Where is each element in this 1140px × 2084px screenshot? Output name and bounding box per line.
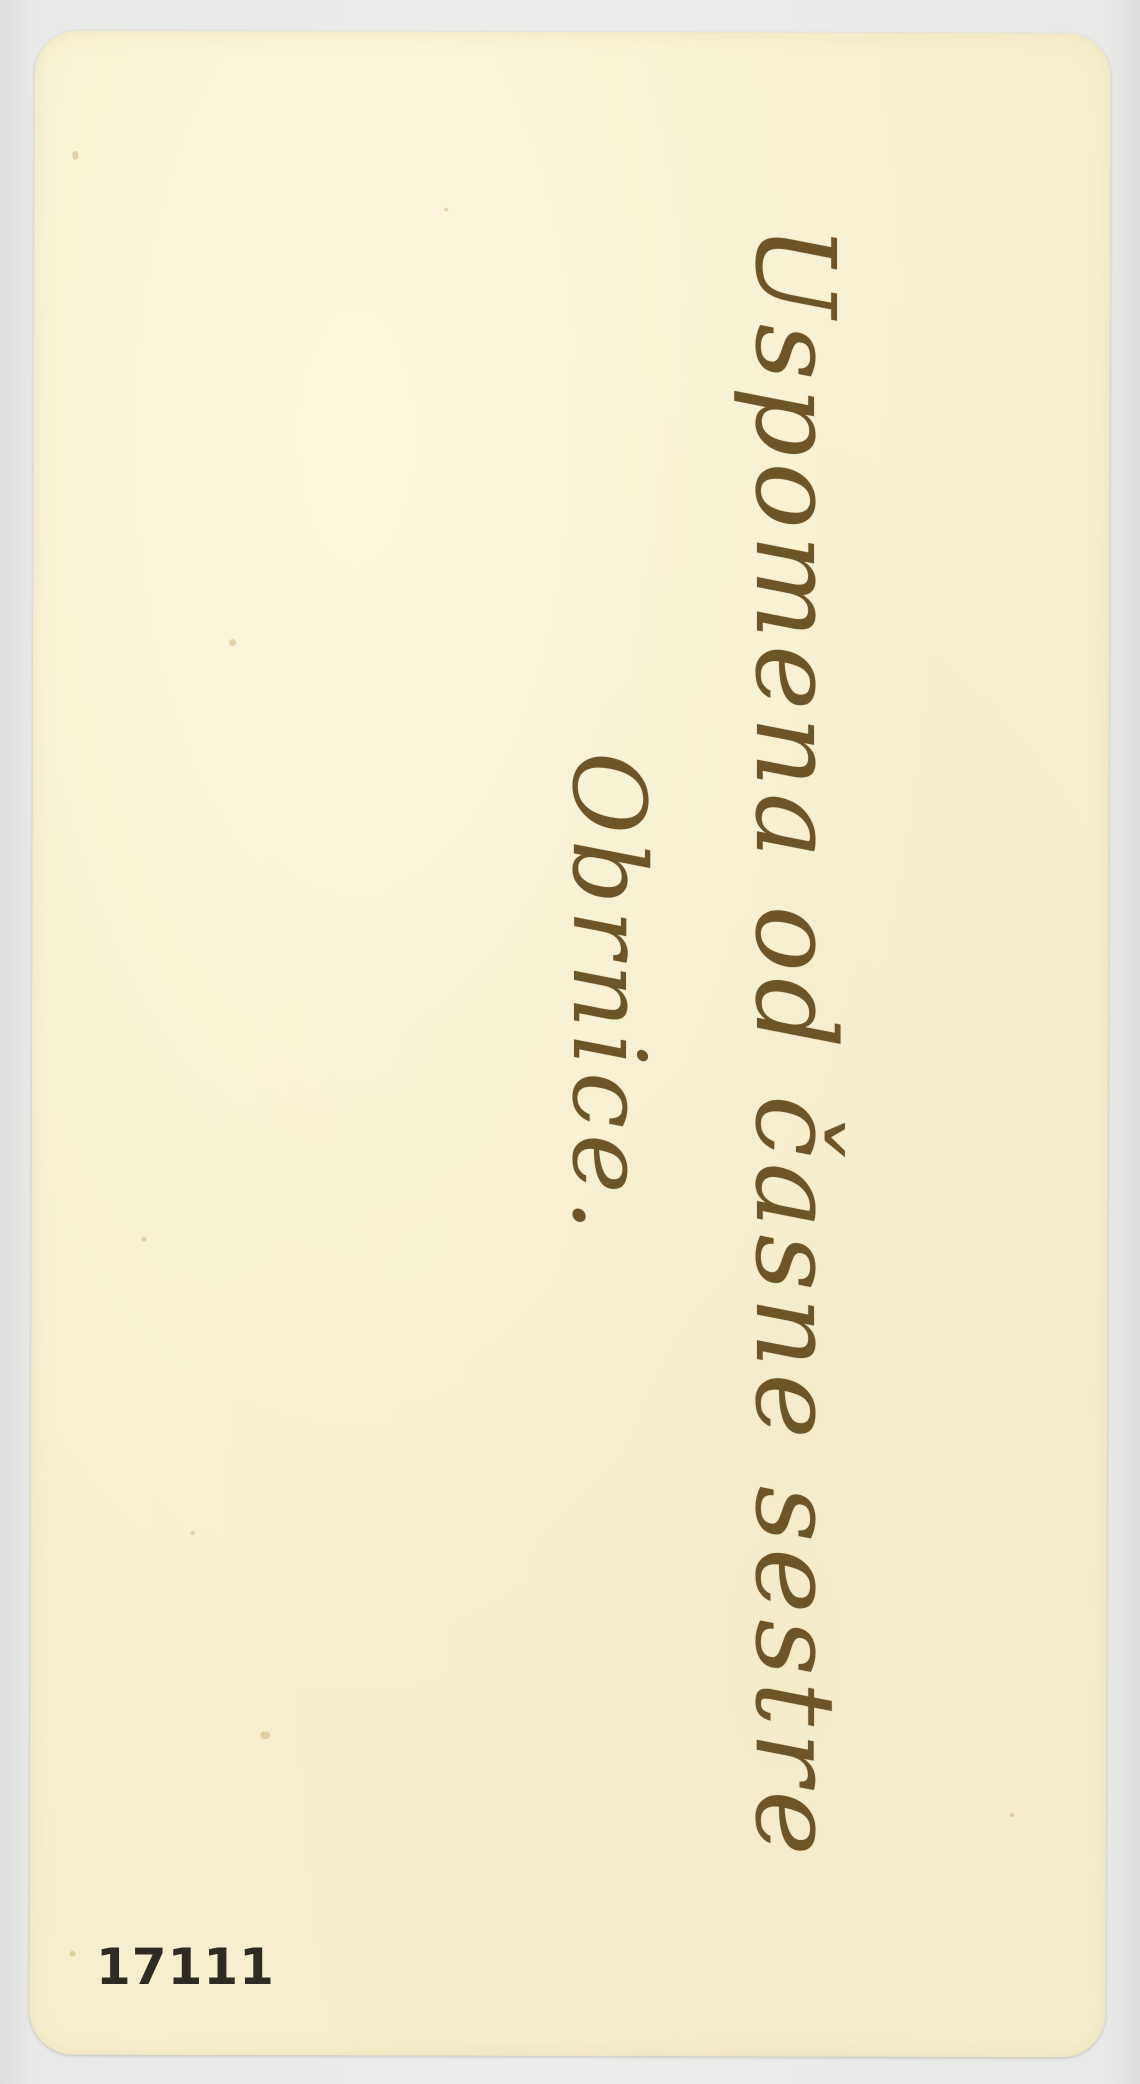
paper-stain bbox=[229, 639, 236, 646]
paper-stain bbox=[141, 1237, 146, 1242]
paper-stain bbox=[260, 1731, 270, 1739]
handwritten-line-2: Obrnice. bbox=[548, 752, 668, 1237]
catalog-number: 17111 bbox=[96, 1938, 275, 1996]
paper-stain bbox=[191, 1531, 195, 1535]
paper-stain bbox=[444, 208, 448, 212]
paper-stain bbox=[72, 151, 78, 160]
handwritten-line-1: Uspomena od časne sestre bbox=[730, 225, 860, 1862]
paper-stain bbox=[1010, 1813, 1014, 1817]
paper-stain bbox=[70, 1951, 76, 1957]
